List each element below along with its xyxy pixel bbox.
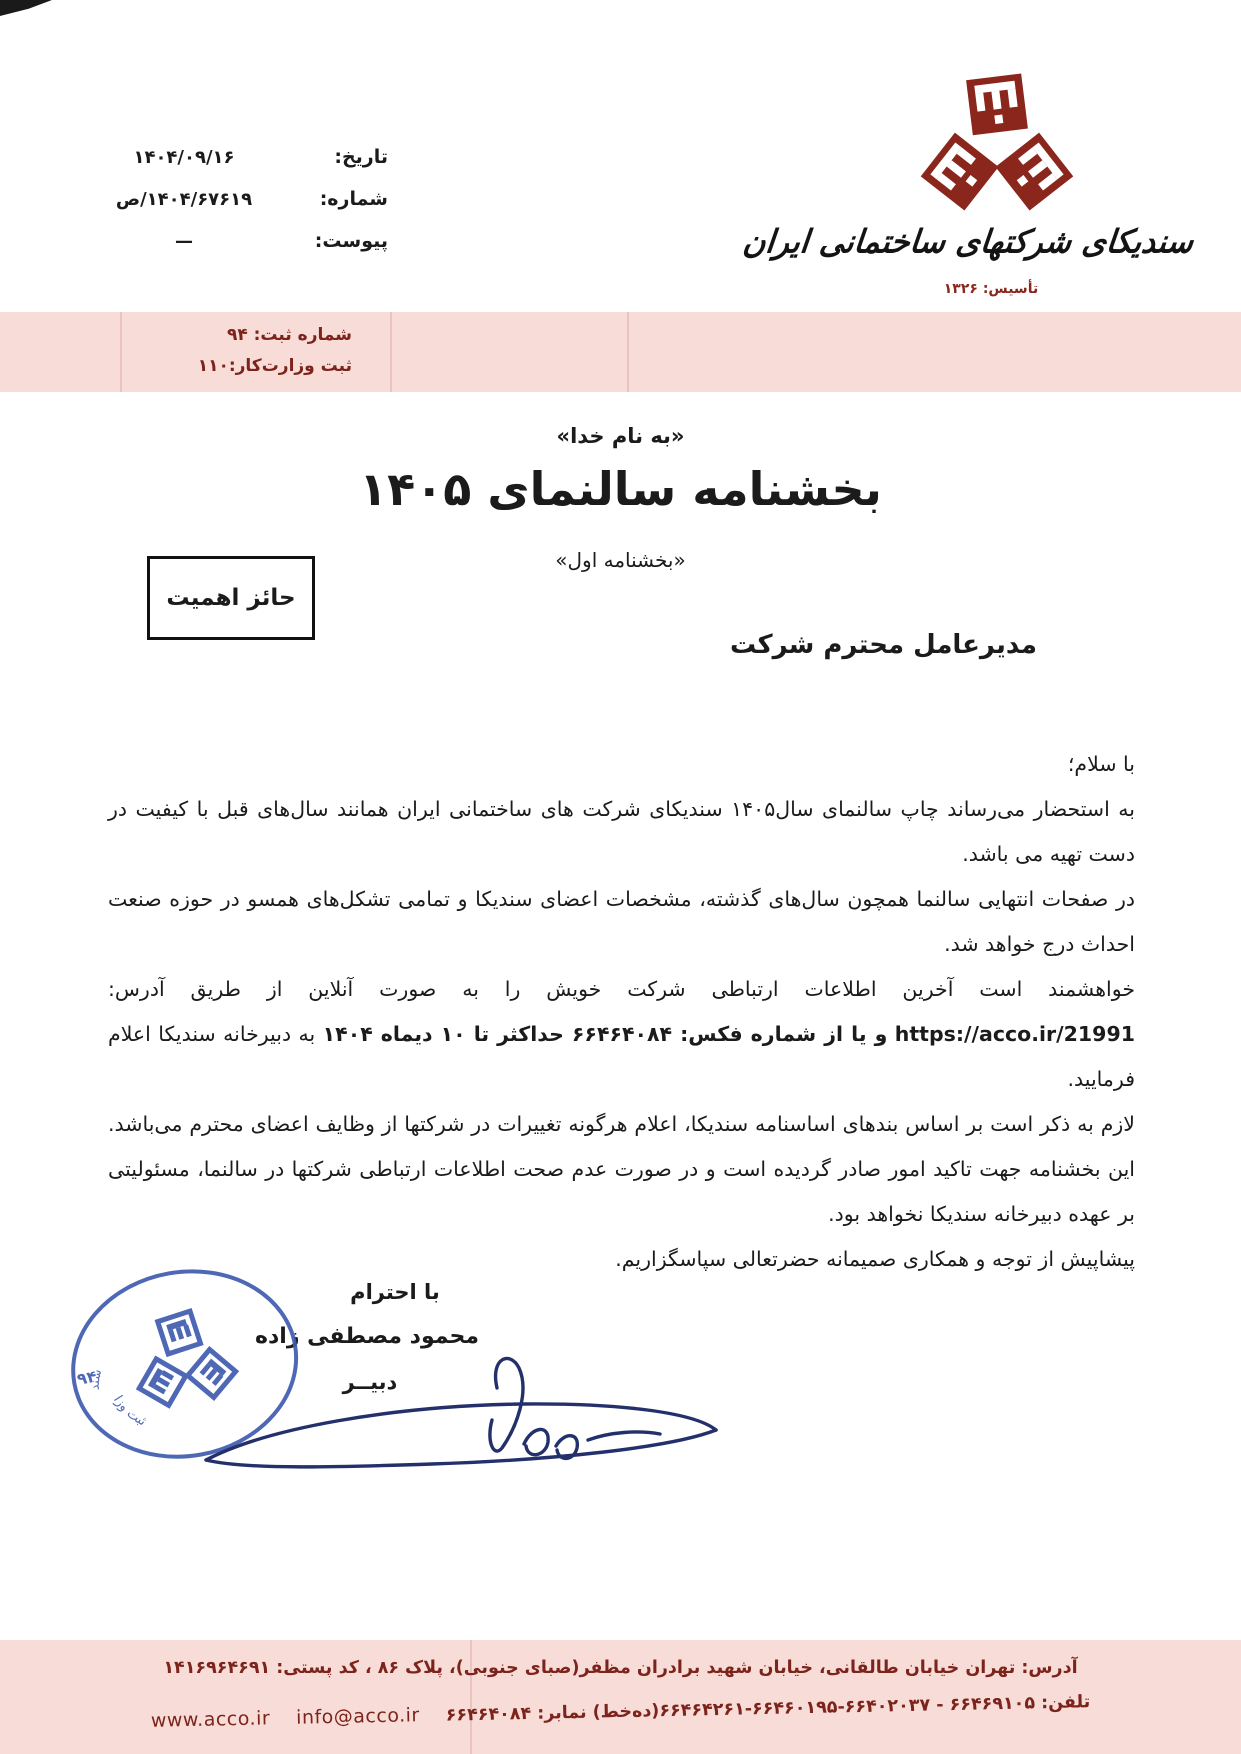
stamp-bottom-text: ثبت وزارت کار ۱۱۰ [50,1264,150,1442]
syndicate-logo-icon [913,66,1081,226]
footer-contact-line: تلفن: ۶۶۴۶۹۱۰۵ - ۶۶۴۰۲۰۳۷-۶۶۴۶۰۱۹۵-۶۶۴۶۴… [0,1687,1241,1735]
letter-title: بخشنامه سالنمای ۱۴۰۵ [0,462,1241,516]
bismillah: «به نام خدا» [0,424,1241,448]
svg-text:ثبت وزارت کار ۱۱۰: ثبت وزارت کار ۱۱۰ [50,1264,150,1442]
salutation: با سلام؛ [108,742,1135,787]
scan-crease [627,312,629,392]
recipient-line: مدیرعامل محترم شرکت [730,630,1037,660]
handwritten-signature [192,1348,732,1487]
org-name-calligraphy: سندیکای شرکتهای ساختمانی ایران [731,223,1205,260]
online-form-url: https://acco.ir/21991 [895,1022,1135,1046]
letter-body: با سلام؛ به استحضار می‌رساند چاپ سالنمای… [108,742,1135,1282]
footer-email: info@acco.ir [296,1704,420,1729]
paragraph-members-info: در صفحات انتهایی سالنما همچون سال‌های گذ… [108,877,1135,967]
scan-crease [390,312,392,392]
date-row: تاریخ: ۱۴۰۴/۰۹/۱۶ [58,146,388,188]
letterhead-footer: آدرس: تهران خیابان طالقانی، خیابان شهید … [0,1640,1241,1754]
scan-artifact [0,0,52,16]
paragraph-disclaimer: لازم به ذکر است بر اساس بندهای اساسنامه … [108,1102,1135,1237]
letter-page: تاریخ: ۱۴۰۴/۰۹/۱۶ شماره: ۱۴۰۴/۶۷۶۱۹/ص پی… [0,0,1241,1754]
fax-and-deadline: و یا از شماره فکس: ۶۶۴۶۴۰۸۴ حداکثر تا ۱۰… [323,1022,888,1046]
letter-meta-fields: تاریخ: ۱۴۰۴/۰۹/۱۶ شماره: ۱۴۰۴/۶۷۶۱۹/ص پی… [58,146,388,272]
paragraph-annual-print: به استحضار می‌رساند چاپ سالنمای سال۱۴۰۵ … [108,787,1135,877]
attachment-label: پیوست: [310,230,388,252]
footer-website: www.acco.ir [151,1707,271,1731]
labor-ministry-number: ثبت وزارت‌کار:۱۱۰ [150,351,352,382]
number-value: ۱۴۰۴/۶۷۶۱۹/ص [58,189,310,210]
stamp-reg-number: ۹۴ [76,1367,99,1389]
established-year: تأسیس: ۱۳۲۶ [891,281,1091,297]
date-value: ۱۴۰۴/۰۹/۱۶ [58,147,310,168]
attachment-row: پیوست: — [58,230,388,272]
paragraph-request-lead: خواهشمند است آخرین اطلاعات ارتباطی شرکت … [108,967,1135,1012]
registration-number: شماره ثبت: ۹۴ [150,320,352,351]
number-row: شماره: ۱۴۰۴/۶۷۶۱۹/ص [58,188,388,230]
registry-banner: شماره ثبت: ۹۴ ثبت وزارت‌کار:۱۱۰ [0,312,1241,392]
scan-crease [120,312,122,392]
date-label: تاریخ: [310,146,388,168]
footer-phones: تلفن: ۶۶۴۶۹۱۰۵ - ۶۶۴۰۲۰۳۷-۶۶۴۶۰۱۹۵-۶۶۴۶۴… [446,1692,1091,1725]
attachment-value: — [58,231,310,252]
signature-respect: با احترام [330,1280,460,1304]
number-label: شماره: [310,188,388,210]
footer-address: آدرس: تهران خیابان طالقانی، خیابان شهید … [0,1658,1241,1678]
importance-label: حائز اهمیت [166,585,295,611]
paragraph-request-details: https://acco.ir/21991 و یا از شماره فکس:… [108,1012,1135,1102]
importance-stamp-box: حائز اهمیت [147,556,315,640]
registry-numbers: شماره ثبت: ۹۴ ثبت وزارت‌کار:۱۱۰ [150,320,352,382]
